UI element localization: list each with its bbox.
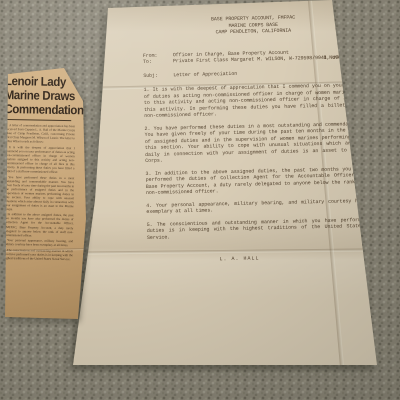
letter-paragraph: 2. You have performed these duties in a … xyxy=(144,120,381,164)
letter-paragraph: 1. It is with the deepest of appreciatio… xyxy=(144,82,381,120)
letter-text-block: BASE PROPERTY ACCOUNT, FMFPAC MARINE COR… xyxy=(142,13,384,265)
address-block: From: Officer in Charge, Base Property A… xyxy=(143,47,380,79)
subject-value: Letter of Appreciation xyxy=(173,67,379,78)
clipping-headline: Lenoir Lady Marine Draws Commendation xyxy=(4,75,78,118)
letter-paragraph: 5. The conscientious and outstanding man… xyxy=(147,216,383,241)
to-label: To: xyxy=(143,58,173,65)
ref-code: P17-2 xyxy=(353,42,371,49)
subject-label: Subj: xyxy=(143,72,173,79)
clipping-paragraph: It is with the deepest of appreciation t… xyxy=(5,145,74,174)
subject-line: Subj: Letter of Appreciation xyxy=(143,67,379,79)
headline-line: Commendation xyxy=(4,102,78,117)
letter-paper: BASE PROPERTY ACCOUNT, FMFPAC MARINE COR… xyxy=(68,0,382,370)
letter-body: 1. It is with the deepest of appreciatio… xyxy=(144,82,383,241)
headline-rule xyxy=(5,119,71,121)
letterhead: BASE PROPERTY ACCOUNT, FMFPAC MARINE COR… xyxy=(168,14,338,37)
letter-paragraph: 3. In addition to the above assigned dut… xyxy=(145,165,382,196)
ref-code: DB/mhw xyxy=(353,36,371,43)
clipping-paragraph: A letter of commendation and appreciatio… xyxy=(6,123,75,144)
clipping-body: A letter of commendation and appreciatio… xyxy=(4,123,75,261)
clipping-paragraph: In addition to the above assigned duties… xyxy=(4,212,73,237)
reference-codes: DB/mhw P17-2 xyxy=(353,36,371,49)
letter-document: BASE PROPERTY ACCOUNT, FMFPAC MARINE COR… xyxy=(68,0,382,370)
clipping-text-block: Lenoir Lady Marine Draws Commendation A … xyxy=(2,75,85,263)
clipping-paragraph: Your personal appearance, military beari… xyxy=(4,238,73,247)
clipping-paragraph: You have performed these duties in a mos… xyxy=(5,175,75,212)
newspaper-clipping: Lenoir Lady Marine Draws Commendation A … xyxy=(2,68,90,322)
photo-of-documents: BASE PROPERTY ACCOUNT, FMFPAC MARINE COR… xyxy=(0,0,400,400)
letter-paragraph: 4. Your personal appearance, military be… xyxy=(146,197,382,215)
date-line: 8 November 1946 xyxy=(323,54,367,61)
clipping-paper: Lenoir Lady Marine Draws Commendation A … xyxy=(2,68,90,322)
